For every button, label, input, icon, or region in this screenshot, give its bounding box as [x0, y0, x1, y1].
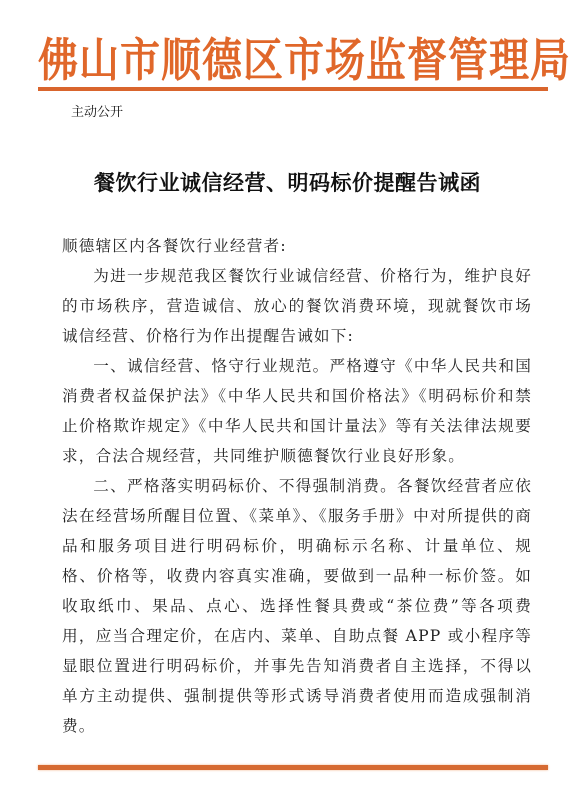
- salutation: 顺德辖区内各餐饮行业经营者:: [62, 231, 532, 261]
- organization-letterhead: 佛山市顺德区市场监督管理局: [38, 30, 548, 92]
- document-body: 顺德辖区内各餐饮行业经营者: 为进一步规范我区餐饮行业诚信经营、价格行为，维护良…: [62, 231, 532, 741]
- paragraph-point-2: 二、严格落实明码标价、不得强制消费。各餐饮经营者应依法在经营场所醒目位置、《菜单…: [62, 471, 532, 741]
- disclosure-label: 主动公开: [71, 101, 123, 120]
- document-title: 餐饮行业诚信经营、明码标价提醒告诫函: [0, 167, 575, 197]
- letterhead-divider: [38, 87, 548, 91]
- paragraph-intro: 为进一步规范我区餐饮行业诚信经营、价格行为，维护良好的市场秩序，营造诚信、放心的…: [62, 261, 532, 351]
- paragraph-point-1: 一、诚信经营、恪守行业规范。严格遵守《中华人民共和国消费者权益保护法》《中华人民…: [62, 351, 532, 471]
- footer-divider: [38, 765, 548, 770]
